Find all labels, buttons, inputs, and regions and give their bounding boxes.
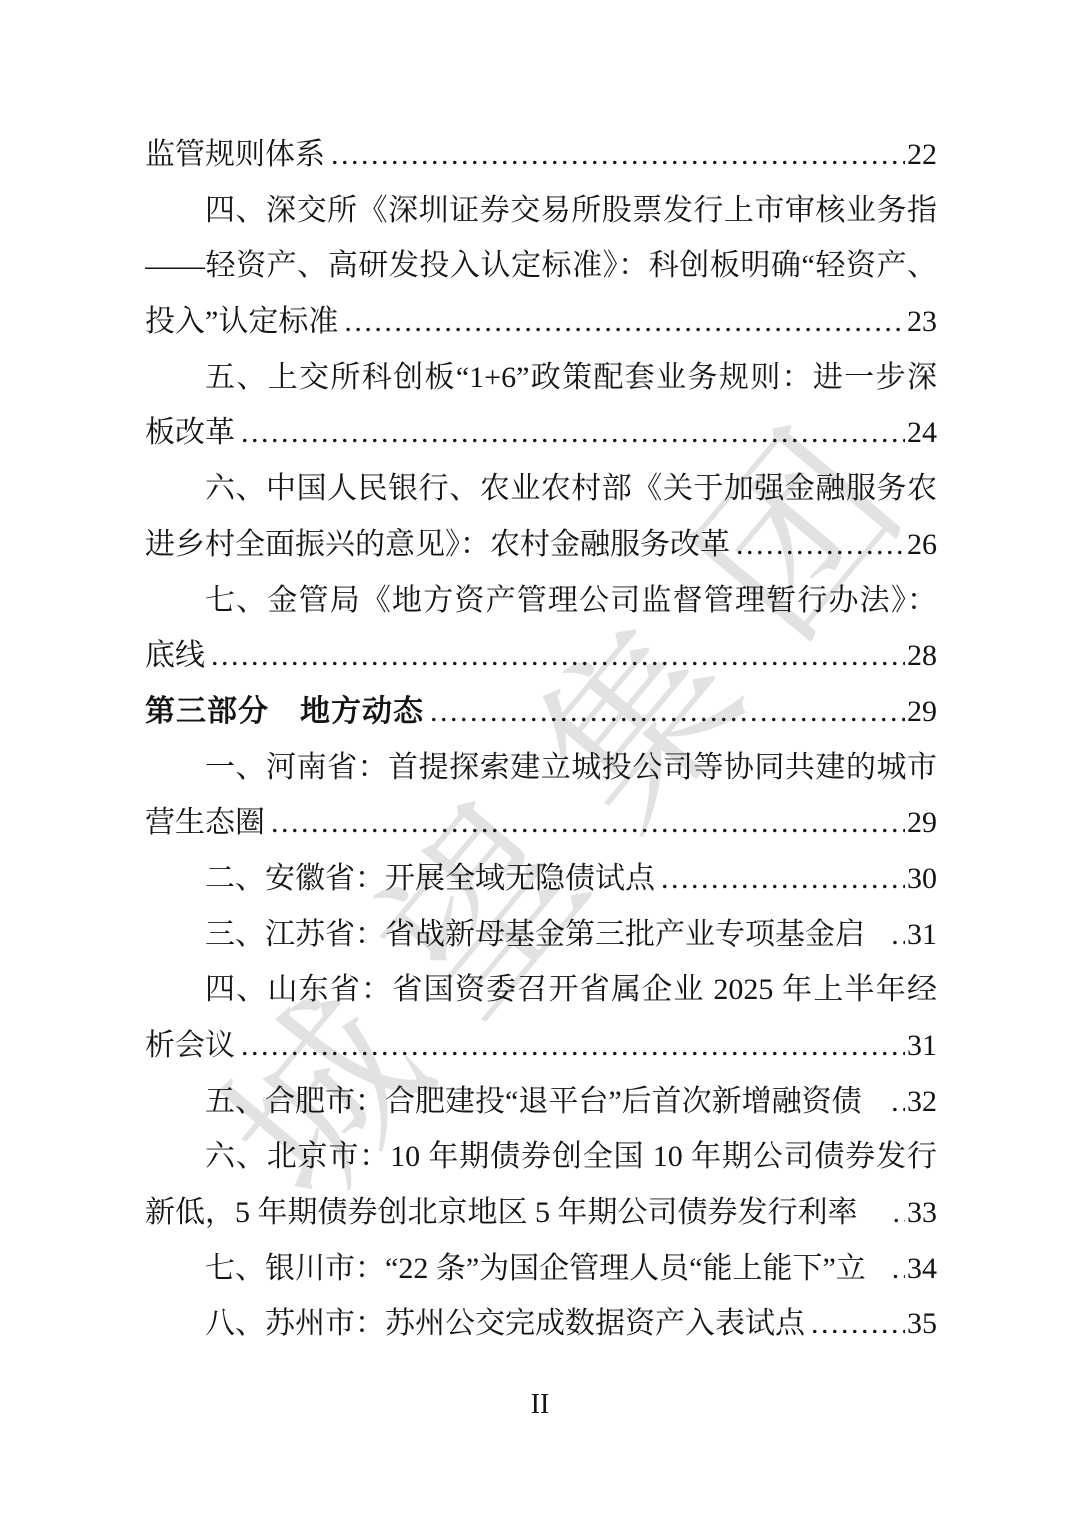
toc-row: 六、北京市：10 年期债券创全国 10 年期公司债券发行利率历史 (145, 1129, 937, 1185)
toc-page-number: 35 (907, 1296, 937, 1352)
toc-row: 二、安徽省：开展全域无隐债试点30 (145, 851, 937, 907)
toc-row: 四、山东省：省国资委召开省属企业 2025 年上半年经济运行分 (145, 962, 937, 1018)
toc-entry-text: 新低，5 年期债券创北京地区 5 年期公司债券发行利率历史新低 (145, 1185, 887, 1241)
toc-row: 进乡村全面振兴的意见》：农村金融服务改革26 (145, 517, 937, 573)
toc-dot-leader (891, 907, 905, 963)
toc-row: 新低，5 年期债券创北京地区 5 年期公司债券发行利率历史新低33 (145, 1185, 937, 1241)
toc-entry-text: 六、北京市：10 年期债券创全国 10 年期公司债券发行利率历史 (205, 1129, 937, 1185)
toc-entry-text: 投入”认定标准 (145, 294, 338, 350)
toc-entry-text: 进乡村全面振兴的意见》：农村金融服务改革 (145, 517, 730, 573)
toc-dot-leader (892, 1241, 905, 1297)
toc-row: 三、江苏省：省战新母基金第三批产业专项基金启动31 (145, 907, 937, 963)
toc-row: 一、河南省：首提探索建立城投公司等协同共建的城市数字化运 (145, 740, 937, 796)
toc-page-number: 29 (907, 795, 937, 851)
toc-row: 八、苏州市：苏州公交完成数据资产入表试点35 (145, 1296, 937, 1352)
toc-dot-leader (271, 795, 905, 851)
document-page: 城望集团 监管规则体系22四、深交所《深圳证券交易所股票发行上市审核业务指引第 … (0, 0, 1080, 1526)
toc-heading-row: 第三部分 地方动态29 (145, 684, 937, 740)
toc-entry-text: 监管规则体系 (145, 127, 325, 183)
toc-entry-text: 底线 (145, 628, 205, 684)
toc-row: 七、银川市：“22 条”为国企管理人员“能上能下”立标准34 (145, 1241, 937, 1297)
toc-row: 四、深交所《深圳证券交易所股票发行上市审核业务指引第 8 号 (145, 183, 937, 239)
toc-page-number: 30 (907, 851, 937, 907)
toc-row: 五、合肥市：合肥建投“退平台”后首次新增融资债券32 (145, 1074, 937, 1130)
toc-entry-text: 七、金管局《地方资产管理公司监督管理暂行办法》：夯实合规 (205, 573, 937, 629)
toc-entry-text: 一、河南省：首提探索建立城投公司等协同共建的城市数字化运 (205, 740, 937, 796)
toc-rows: 监管规则体系22四、深交所《深圳证券交易所股票发行上市审核业务指引第 8 号——… (145, 127, 937, 1352)
toc-page-number: 33 (907, 1185, 937, 1241)
toc-row: 底线28 (145, 628, 937, 684)
toc-page-number: 29 (907, 684, 937, 740)
toc-dot-leader (331, 127, 905, 183)
toc-page-number: 28 (907, 628, 937, 684)
toc-page-number: 22 (907, 127, 937, 183)
toc-entry-text: 八、苏州市：苏州公交完成数据资产入表试点 (205, 1296, 805, 1352)
toc-entry-text: 析会议 (145, 1018, 235, 1074)
toc-dot-leader (241, 405, 905, 461)
toc-row: 析会议31 (145, 1018, 937, 1074)
toc-dot-leader (661, 851, 905, 907)
toc-row: ——轻资产、高研发投入认定标准》：科创板明确“轻资产、高研发 (145, 238, 937, 294)
toc-dot-leader (241, 1018, 905, 1074)
toc-page-number: 23 (907, 294, 937, 350)
toc-page-number: 34 (907, 1241, 937, 1297)
toc-page-number: 31 (907, 907, 937, 963)
toc-row: 监管规则体系22 (145, 127, 937, 183)
toc-dot-leader (891, 1074, 905, 1130)
toc-entry-text: 五、合肥市：合肥建投“退平台”后首次新增融资债券 (205, 1074, 885, 1130)
toc-dot-leader (736, 517, 905, 573)
toc-dot-leader (430, 684, 905, 740)
toc-page-number: 31 (907, 1018, 937, 1074)
toc-page-number: 32 (907, 1074, 937, 1130)
toc-dot-leader (211, 628, 905, 684)
toc-dot-leader (344, 294, 905, 350)
toc-dot-leader (811, 1296, 905, 1352)
toc-entry-text: 五、上交所科创板“1+6”政策配套业务规则：进一步深化科创 (205, 350, 937, 406)
toc-row: 板改革24 (145, 405, 937, 461)
toc-row: 七、金管局《地方资产管理公司监督管理暂行办法》：夯实合规 (145, 573, 937, 629)
toc-entry-text: 第三部分 地方动态 (145, 684, 424, 740)
toc-entry-text: 四、山东省：省国资委召开省属企业 2025 年上半年经济运行分 (205, 962, 937, 1018)
toc-page-number: 26 (907, 517, 937, 573)
toc-entry-text: ——轻资产、高研发投入认定标准》：科创板明确“轻资产、高研发 (145, 238, 937, 294)
toc-entry-text: 七、银川市：“22 条”为国企管理人员“能上能下”立标准 (205, 1241, 886, 1297)
footer-page-number: II (0, 1389, 1080, 1421)
toc-row: 五、上交所科创板“1+6”政策配套业务规则：进一步深化科创 (145, 350, 937, 406)
toc-entry-text: 板改革 (145, 405, 235, 461)
toc-dot-leader (893, 1185, 905, 1241)
toc-entry-text: 营生态圈 (145, 795, 265, 851)
toc-row: 投入”认定标准23 (145, 294, 937, 350)
toc-row: 营生态圈29 (145, 795, 937, 851)
toc-entry-text: 三、江苏省：省战新母基金第三批产业专项基金启动 (205, 907, 885, 963)
toc-entry-text: 四、深交所《深圳证券交易所股票发行上市审核业务指引第 8 号 (205, 183, 937, 239)
toc-row: 六、中国人民银行、农业农村部《关于加强金融服务农村改革推 (145, 461, 937, 517)
toc-entry-text: 二、安徽省：开展全域无隐债试点 (205, 851, 655, 907)
toc-page-number: 24 (907, 405, 937, 461)
toc-entry-text: 六、中国人民银行、农业农村部《关于加强金融服务农村改革推 (205, 461, 937, 517)
